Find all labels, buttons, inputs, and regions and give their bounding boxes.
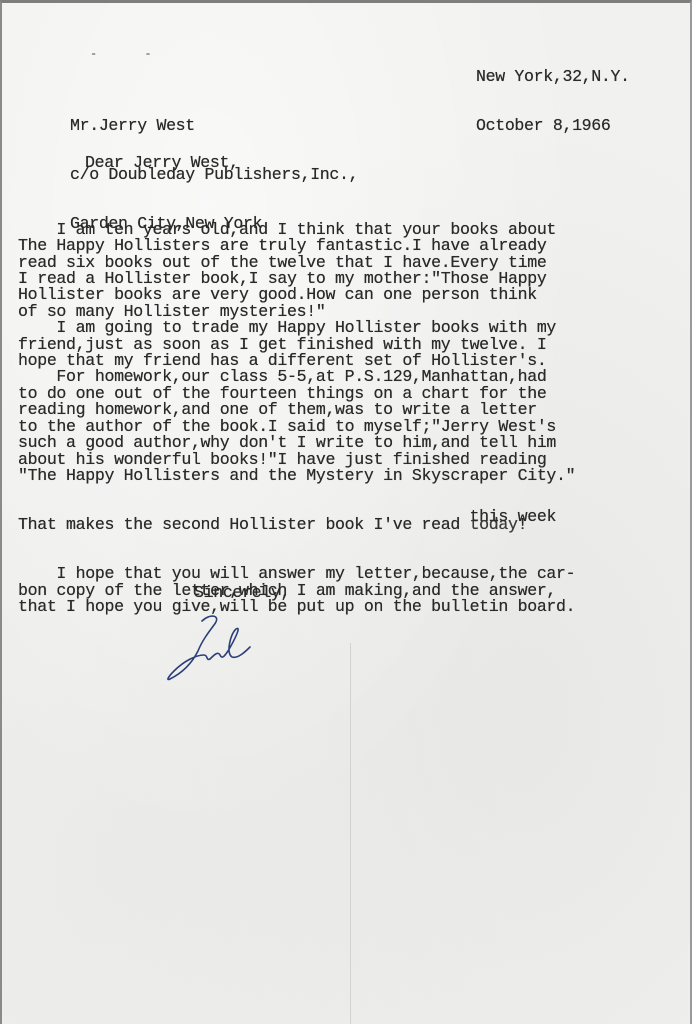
closing-paragraph: I hope that you will answer my letter,be… <box>18 566 575 615</box>
recipient-name: Mr.Jerry West <box>70 118 358 134</box>
letter-line: that I hope you give,will be put up on t… <box>18 599 575 615</box>
letter-line: "The Happy Hollisters and the Mystery in… <box>18 468 575 484</box>
body-paragraphs: I am ten years old,and I think that your… <box>18 222 575 485</box>
stray-typewriter-marks: - - <box>90 47 172 61</box>
overtyped-line: That makes the second Hollister book I'v… <box>18 517 575 533</box>
correction-text: this week <box>470 509 556 525</box>
handwritten-signature <box>162 611 262 683</box>
letter-body: I am ten years old,and I think that your… <box>18 189 575 648</box>
return-address: New York,32,N.Y. October 8,1966 <box>476 36 630 167</box>
paper-fold <box>350 643 351 1024</box>
return-city-line: New York,32,N.Y. <box>476 69 630 85</box>
salutation: Dear Jerry West, <box>85 155 239 171</box>
closing: Sincerely, <box>194 585 290 601</box>
letter-page: - - New York,32,N.Y. October 8,1966 Mr.J… <box>0 0 692 1024</box>
overtyped-line-prefix: That makes the second Hollister book I'v… <box>18 515 470 534</box>
overtyped-correction: todaythis week <box>470 515 518 534</box>
letter-date: October 8,1966 <box>476 118 630 134</box>
